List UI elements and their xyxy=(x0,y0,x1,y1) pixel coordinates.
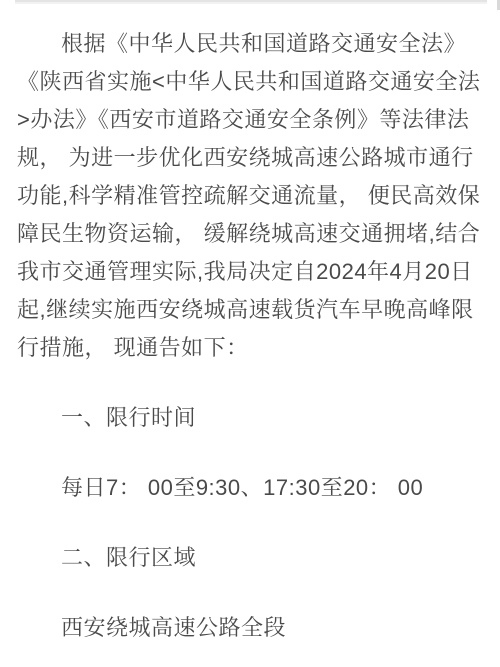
restriction-area-text: 西安绕城高速公路全段 xyxy=(17,609,483,647)
section-2-heading: 二、限行区域 xyxy=(17,539,483,577)
notice-article: 根据《中华人民共和国道路交通安全法》 《陕西省实施<中华人民共和国道路交通安全法… xyxy=(0,0,500,647)
section-1-heading: 一、限行时间 xyxy=(17,399,483,437)
intro-paragraph: 根据《中华人民共和国道路交通安全法》 《陕西省实施<中华人民共和国道路交通安全法… xyxy=(17,25,483,367)
restriction-time-text: 每日7： 00至9:30、17:30至20： 00 xyxy=(17,469,483,507)
top-divider xyxy=(15,0,487,4)
